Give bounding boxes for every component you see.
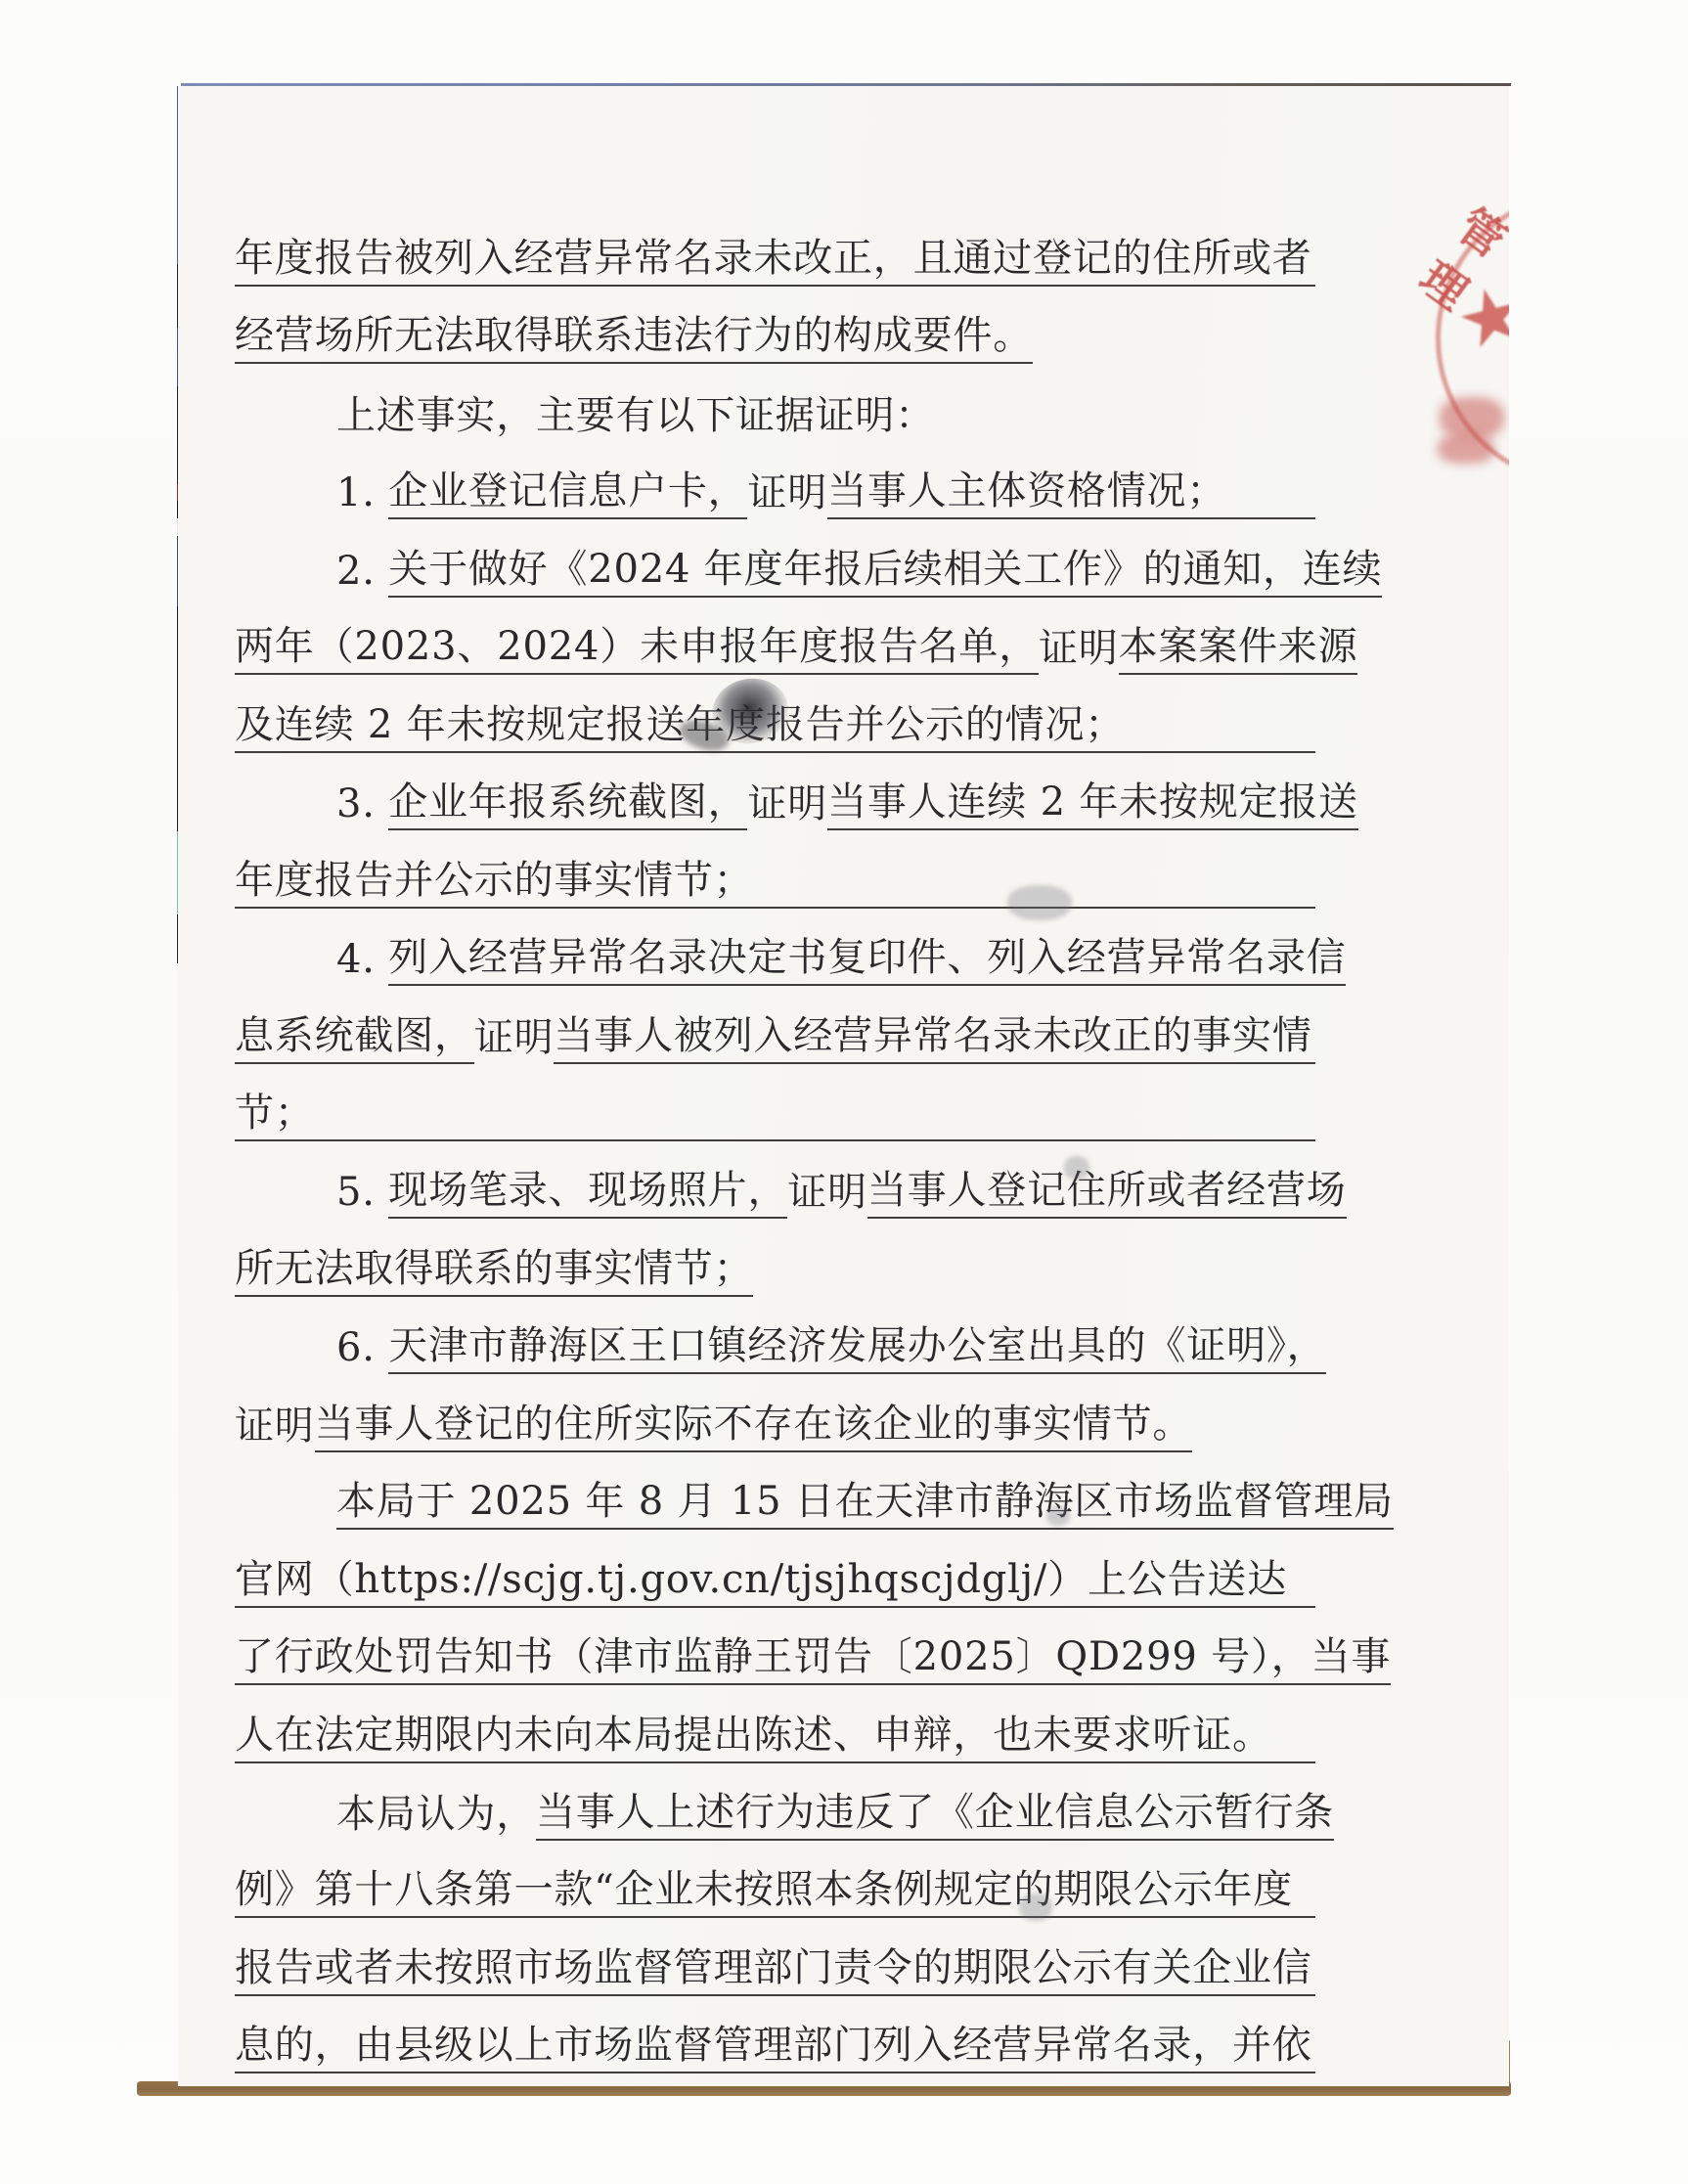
text-line: 报告或者未按照市场监督管理部门责令的期限公示有关企业信 <box>235 1939 1315 1996</box>
text-segment: 2. <box>336 552 388 598</box>
text-line: 证明当事人登记的住所实际不存在该企业的事实情节。 <box>235 1396 1315 1452</box>
text-segment: 当事人登记的住所实际不存在该企业的事实情节。 <box>315 1404 1193 1452</box>
text-segment: 本局于 2025 年 8 月 15 日在天津市静海区市场监督管理局 <box>336 1482 1394 1530</box>
underline-extension <box>1312 285 1315 287</box>
text-segment: 年度报告并公示的事实情节； <box>235 861 753 909</box>
text-segment: 当事人上述行为违反了《企业信息公示暂行条 <box>536 1793 1334 1841</box>
text-segment: 上述事实，主要有以下证据证明： <box>336 396 935 442</box>
scan-noise-mark <box>1046 1506 1070 1526</box>
text-segment: 本案案件来源 <box>1119 627 1358 675</box>
underline-extension <box>1226 517 1315 519</box>
text-line: 上述事实，主要有以下证据证明： <box>235 385 1315 442</box>
text-segment: 证明 <box>787 1173 867 1219</box>
text-segment: 6. <box>336 1328 388 1374</box>
scan-noise-mark <box>1064 1156 1089 1180</box>
text-segment: 证明 <box>747 784 827 830</box>
text-segment: 息的，由县级以上市场监督管理部门列入经营异常名录，并依 <box>235 2026 1312 2073</box>
stamp-blur-mark <box>1438 434 1494 464</box>
text-segment: 节； <box>235 1093 315 1141</box>
text-segment: 当事人主体资格情况； <box>827 471 1226 519</box>
text-segment: 5. <box>336 1173 388 1219</box>
underline-extension <box>1312 1062 1315 1064</box>
underline-extension <box>1125 751 1315 753</box>
text-line: 本局认为，当事人上述行为违反了《企业信息公示暂行条 <box>235 1784 1315 1841</box>
underline-extension <box>1287 1606 1315 1608</box>
text-segment: 两年（2023、2024）未申报年度报告名单， <box>235 627 1039 675</box>
text-segment: 官网（https://scjg.tj.gov.cn/tjsjhqscjdglj/… <box>235 1560 1287 1608</box>
text-segment: 天津市静海区王口镇经济发展办公室出具的《证明》， <box>388 1326 1326 1374</box>
scan-noise-mark <box>1019 1894 1052 1921</box>
text-line: 息的，由县级以上市场监督管理部门列入经营异常名录，并依 <box>235 2017 1315 2073</box>
text-segment: 1. <box>336 473 388 519</box>
text-line: 1. 企业登记信息户卡，证明当事人主体资格情况； <box>235 463 1315 519</box>
text-line: 息系统截图，证明当事人被列入经营异常名录未改正的事实情 <box>235 1007 1315 1064</box>
text-segment: 列入经营异常名录决定书复印件、列入经营异常名录信 <box>388 938 1346 986</box>
text-segment: 证明 <box>235 1406 315 1452</box>
underline-extension <box>1293 1916 1315 1918</box>
text-line: 5. 现场笔录、现场照片，证明当事人登记住所或者经营场 <box>235 1162 1315 1219</box>
text-segment: 现场笔录、现场照片， <box>388 1171 787 1219</box>
scan-canvas: { "document": { "kind": "行政处罚决定书（扫描页）", … <box>0 0 1688 2184</box>
underline-extension <box>1272 1761 1315 1763</box>
text-line: 3. 企业年报系统截图，证明当事人连续 2 年未按规定报送 <box>235 774 1315 830</box>
underline-extension <box>315 1139 1315 1141</box>
stamp-blur-mark <box>1440 397 1504 438</box>
text-segment: 了行政处罚告知书（津市监静王罚告〔2025〕QD299 号），当事 <box>235 1637 1391 1685</box>
text-segment: 企业登记信息户卡， <box>388 471 747 519</box>
text-segment: 关于做好《2024 年度年报后续相关工作》的通知，连续 <box>388 550 1382 598</box>
text-segment: 经营场所无法取得联系违法行为的构成要件。 <box>235 316 1033 364</box>
text-segment: 证明 <box>1039 629 1119 675</box>
text-segment: 4. <box>336 940 388 986</box>
text-line: 年度报告并公示的事实情节； <box>235 852 1315 909</box>
text-segment: 本局认为， <box>336 1795 536 1841</box>
underline-extension <box>1312 1994 1315 1996</box>
text-segment: 息系统截图， <box>235 1016 474 1064</box>
text-line: 官网（https://scjg.tj.gov.cn/tjsjhqscjdglj/… <box>235 1551 1315 1608</box>
text-segment: 当事人连续 2 年未按规定报送 <box>827 782 1358 830</box>
text-segment: 证明 <box>747 473 827 519</box>
scanned-page: 年度报告被列入经营异常名录未改正，且通过登记的住所或者经营场所无法取得联系违法行… <box>178 86 1509 2086</box>
text-segment: 报告或者未按照市场监督管理部门责令的期限公示有关企业信 <box>235 1948 1312 1996</box>
text-segment: 所无法取得联系的事实情节； <box>235 1249 753 1297</box>
text-segment: 当事人被列入经营异常名录未改正的事实情 <box>554 1016 1311 1064</box>
underline-extension <box>1312 2072 1315 2073</box>
text-line: 经营场所无法取得联系违法行为的构成要件。 <box>235 307 1315 364</box>
text-line: 人在法定期限内未向本局提出陈述、申辩，也未要求听证。 <box>235 1707 1315 1763</box>
text-segment: 年度报告被列入经营异常名录未改正，且通过登记的住所或者 <box>235 239 1312 287</box>
text-line: 了行政处罚告知书（津市监静王罚告〔2025〕QD299 号），当事 <box>235 1628 1315 1685</box>
text-line: 两年（2023、2024）未申报年度报告名单，证明本案案件来源 <box>235 618 1315 675</box>
text-segment: 当事人登记住所或者经营场 <box>867 1171 1347 1219</box>
scan-noise-mark <box>1007 885 1072 920</box>
text-line: 4. 列入经营异常名录决定书复印件、列入经营异常名录信 <box>235 929 1315 986</box>
text-line: 2. 关于做好《2024 年度年报后续相关工作》的通知，连续 <box>235 541 1315 598</box>
text-segment: 例》第十八条第一款“企业未按照本条例规定的期限公示年度 <box>235 1870 1293 1918</box>
text-line: 节； <box>235 1085 1315 1141</box>
text-line: 6. 天津市静海区王口镇经济发展办公室出具的《证明》， <box>235 1317 1315 1374</box>
text-segment: 3. <box>336 784 388 830</box>
text-line: 年度报告被列入经营异常名录未改正，且通过登记的住所或者 <box>235 230 1315 287</box>
text-line: 例》第十八条第一款“企业未按照本条例规定的期限公示年度 <box>235 1861 1315 1918</box>
text-segment: 企业年报系统截图， <box>388 782 747 830</box>
text-segment: 证明 <box>474 1018 555 1064</box>
text-line: 本局于 2025 年 8 月 15 日在天津市静海区市场监督管理局 <box>235 1473 1315 1530</box>
text-segment: 人在法定期限内未向本局提出陈述、申辩，也未要求听证。 <box>235 1716 1272 1763</box>
text-line: 所无法取得联系的事实情节； <box>235 1240 1315 1297</box>
